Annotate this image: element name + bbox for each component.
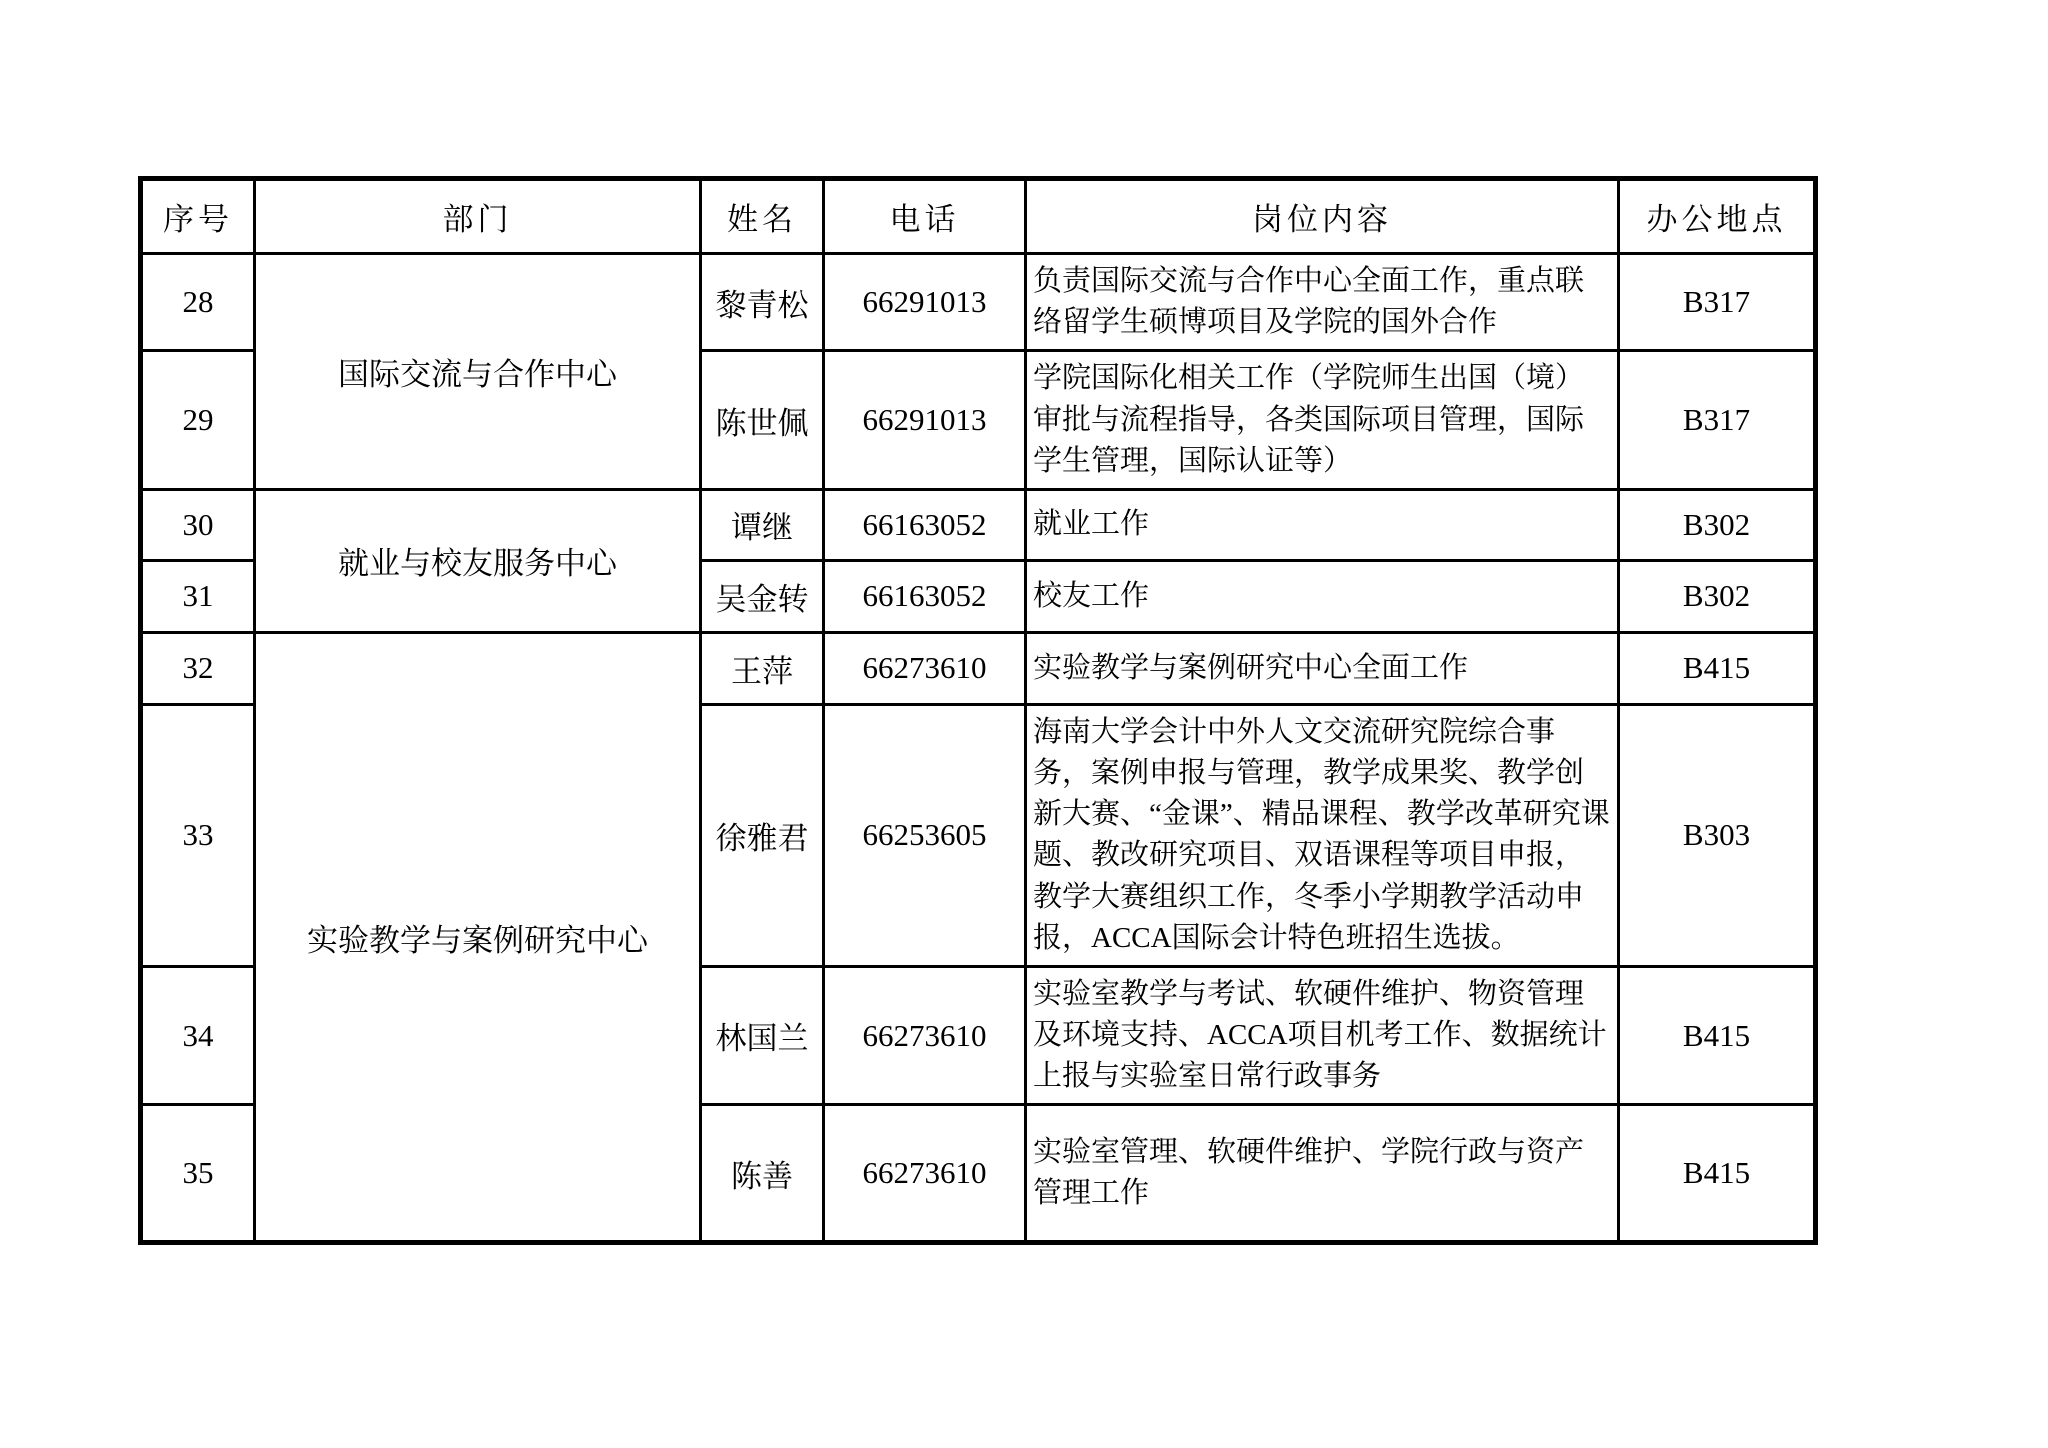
cell-phone: 66273610 [824,966,1026,1105]
cell-phone: 66163052 [824,560,1026,632]
cell-seq: 35 [141,1105,255,1243]
header-name: 姓名 [701,179,824,254]
cell-office: B317 [1619,254,1816,351]
cell-name: 陈世佩 [701,351,824,490]
cell-dept-merged: 实验教学与案例研究中心 [255,632,701,1243]
cell-phone: 66163052 [824,489,1026,560]
cell-name: 吴金转 [701,560,824,632]
cell-dept-merged: 就业与校友服务中心 [255,489,701,632]
cell-seq: 33 [141,704,255,966]
cell-phone: 66291013 [824,351,1026,490]
cell-office: B317 [1619,351,1816,490]
cell-phone: 66273610 [824,632,1026,704]
table-header-row: 序号 部门 姓名 电话 岗位内容 办公地点 [141,179,1816,254]
cell-duty: 实验教学与案例研究中心全面工作 [1026,632,1619,704]
cell-phone: 66253605 [824,704,1026,966]
header-dept: 部门 [255,179,701,254]
cell-seq: 31 [141,560,255,632]
cell-office: B415 [1619,1105,1816,1243]
header-seq: 序号 [141,179,255,254]
table-row-30: 30 就业与校友服务中心 谭继 66163052 就业工作 B302 [141,489,1816,560]
cell-seq: 30 [141,489,255,560]
cell-duty: 就业工作 [1026,489,1619,560]
cell-name: 谭继 [701,489,824,560]
header-phone: 电话 [824,179,1026,254]
cell-office: B415 [1619,966,1816,1105]
cell-seq: 29 [141,351,255,490]
cell-seq: 34 [141,966,255,1105]
cell-phone: 66273610 [824,1105,1026,1243]
cell-duty: 校友工作 [1026,560,1619,632]
cell-seq: 28 [141,254,255,351]
table-row-32: 32 实验教学与案例研究中心 王萍 66273610 实验教学与案例研究中心全面… [141,632,1816,704]
header-duty: 岗位内容 [1026,179,1619,254]
cell-name: 王萍 [701,632,824,704]
header-office: 办公地点 [1619,179,1816,254]
cell-office: B302 [1619,489,1816,560]
cell-dept-merged: 国际交流与合作中心 [255,254,701,490]
cell-duty: 海南大学会计中外人文交流研究院综合事务，案例申报与管理，教学成果奖、教学创新大赛… [1026,704,1619,966]
staff-directory-table: 序号 部门 姓名 电话 岗位内容 办公地点 28 国际交流与合作中心 黎青松 6… [138,176,1818,1245]
cell-duty: 负责国际交流与合作中心全面工作，重点联络留学生硕博项目及学院的国外合作 [1026,254,1619,351]
cell-phone: 66291013 [824,254,1026,351]
document-page: 序号 部门 姓名 电话 岗位内容 办公地点 28 国际交流与合作中心 黎青松 6… [0,0,2048,1448]
cell-duty: 实验室教学与考试、软硬件维护、物资管理及环境支持、ACCA项目机考工作、数据统计… [1026,966,1619,1105]
cell-name: 林国兰 [701,966,824,1105]
cell-office: B303 [1619,704,1816,966]
cell-name: 徐雅君 [701,704,824,966]
cell-duty: 学院国际化相关工作（学院师生出国（境）审批与流程指导，各类国际项目管理，国际学生… [1026,351,1619,490]
cell-duty: 实验室管理、软硬件维护、学院行政与资产管理工作 [1026,1105,1619,1243]
cell-office: B302 [1619,560,1816,632]
cell-name: 陈善 [701,1105,824,1243]
table-row-28: 28 国际交流与合作中心 黎青松 66291013 负责国际交流与合作中心全面工… [141,254,1816,351]
cell-name: 黎青松 [701,254,824,351]
cell-seq: 32 [141,632,255,704]
cell-office: B415 [1619,632,1816,704]
